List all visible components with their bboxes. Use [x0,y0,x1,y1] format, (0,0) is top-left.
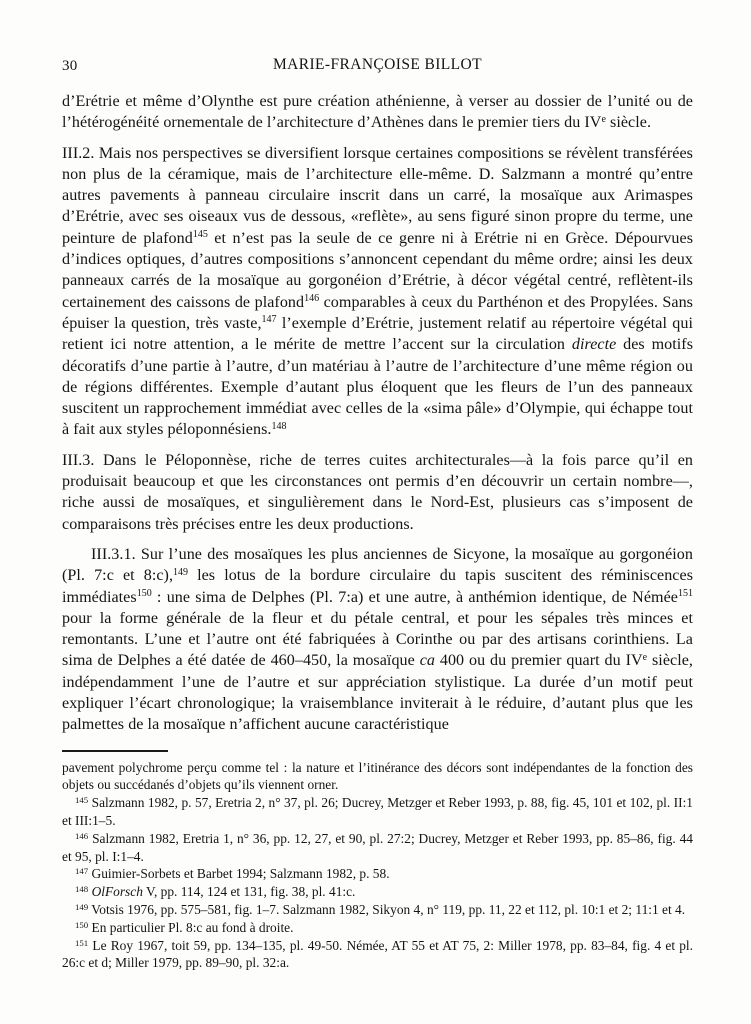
running-title: MARIE-FRANÇOISE BILLOT [62,56,693,74]
paragraph-iii-3-1: III.3.1. Sur l’une des mosaïques les plu… [62,544,693,736]
paragraph-iii-2: III.2. Mais nos perspectives se diversif… [62,143,693,441]
footnote-ref-147: 147 [262,314,277,325]
text-run: 400 ou du premier quart du IV [435,652,643,669]
superscript-ordinal: e [643,652,647,663]
paragraph-intro: d’Erétrie et même d’Olynthe est pure cré… [62,91,693,134]
text-run: Votsis 1976, pp. 575–581, fig. 1–7. Salz… [88,902,685,917]
text-run: V, pp. 114, 124 et 131, fig. 38, pl. 41:… [143,884,356,899]
page-header: 30 MARIE-FRANÇOISE BILLOT [62,56,693,76]
footnote-ref-150: 150 [137,588,152,599]
emphasized-word: directe [572,336,616,353]
footnote-number: 150 [75,920,88,930]
superscript-ordinal: e [601,114,605,125]
footnote-number: 149 [75,902,88,912]
footnote-ref-145: 145 [193,229,208,240]
text-run: siècle. [606,114,651,131]
footnote-151: 151 Le Roy 1967, toit 59, pp. 134–135, p… [62,937,693,973]
text-run: : une sima de Delphes (Pl. 7:a) et une a… [152,589,678,606]
footnote-number: 147 [75,866,88,876]
text-run: Guimier-Sorbets et Barbet 1994; Salzmann… [88,866,389,881]
text-run: pavement polychrome perçu comme tel : la… [62,760,693,793]
text-run: III.3. Dans le Péloponnèse, riche de ter… [62,452,693,533]
footnote-number: 151 [75,938,88,948]
document-page: 30 MARIE-FRANÇOISE BILLOT d’Erétrie et m… [0,0,751,1024]
paragraph-iii-3: III.3. Dans le Péloponnèse, riche de ter… [62,450,693,535]
footnote-separator [62,750,168,752]
footnote-149: 149 Votsis 1976, pp. 575–581, fig. 1–7. … [62,901,693,919]
footnote-147: 147 Guimier-Sorbets et Barbet 1994; Salz… [62,865,693,883]
footnote-number: 148 [75,884,88,894]
journal-abbreviation: OlForsch [92,884,143,899]
footnote-148: 148 OlForsch V, pp. 114, 124 et 131, fig… [62,883,693,901]
footnote-carryover: pavement polychrome perçu comme tel : la… [62,759,693,795]
text-run: Salzmann 1982, p. 57, Eretria 2, n° 37, … [62,795,693,828]
text-run: En particulier Pl. 8:c au fond à droite. [88,920,293,935]
emphasized-word: ca [420,652,435,669]
text-run: Le Roy 1967, toit 59, pp. 134–135, pl. 4… [62,938,693,971]
footnote-number: 145 [75,795,88,805]
footnote-ref-149: 149 [173,567,188,578]
footnote-145: 145 Salzmann 1982, p. 57, Eretria 2, n° … [62,794,693,830]
footnote-ref-151: 151 [678,588,693,599]
footnote-ref-146: 146 [304,293,319,304]
page-number: 30 [62,58,78,75]
text-run: d’Erétrie et même d’Olynthe est pure cré… [62,93,693,131]
footnote-number: 146 [75,831,88,841]
footnote-150: 150 En particulier Pl. 8:c au fond à dro… [62,919,693,937]
footnote-146: 146 Salzmann 1982, Eretria 1, n° 36, pp.… [62,830,693,866]
footnotes-section: pavement polychrome perçu comme tel : la… [62,759,693,973]
article-body: d’Erétrie et même d’Olynthe est pure cré… [62,91,693,736]
text-run: Salzmann 1982, Eretria 1, n° 36, pp. 12,… [62,831,693,864]
footnote-ref-148: 148 [271,421,286,432]
